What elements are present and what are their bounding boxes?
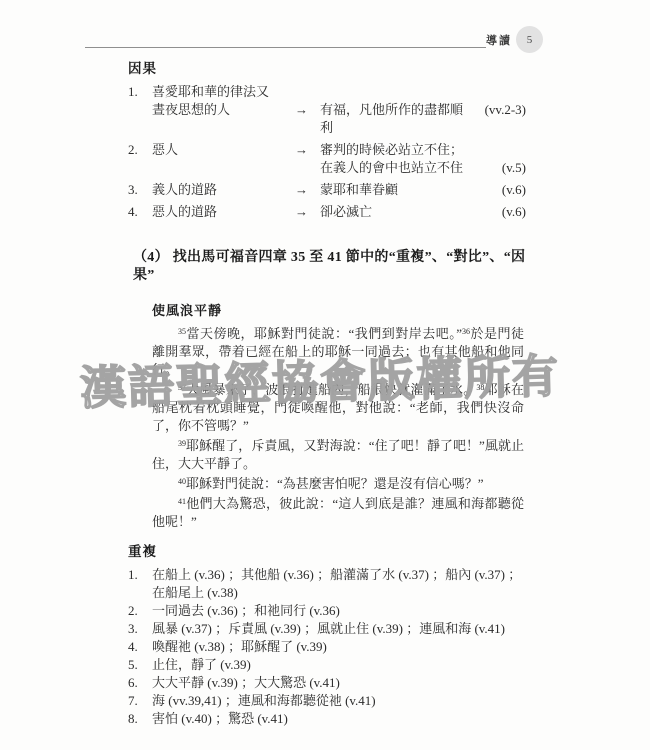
cause-effect-item: 1. 喜愛耶和華的律法又 晝夜思想的人 → 有福，凡他所作的盡都順利 (vv.2… — [128, 83, 526, 137]
item-text: 一同過去 (v.36) ；和祂同行 (v.36) — [152, 602, 526, 620]
cause-effect-item: 3. 義人的道路 → 蒙耶和華眷顧 (v.6) — [128, 181, 526, 199]
cause-effect-line: 晝夜思想的人 → 有福，凡他所作的盡都順利 (vv.2-3) — [128, 101, 526, 137]
verse-number: 35 — [178, 327, 186, 336]
item-number: 1. — [128, 83, 152, 101]
arrow-icon: → — [295, 181, 320, 199]
verse-text: 大風暴來了，波浪打進船內，船很快就灌滿了水。 — [186, 382, 476, 397]
page-number: 5 — [527, 34, 533, 46]
cause-effect-section: 因果 1. 喜愛耶和華的律法又 晝夜思想的人 → 有福，凡他所作的盡都順利 (v… — [128, 60, 526, 221]
item-text: 大大平靜 (v.39) ；大大驚恐 (v.41) — [152, 674, 526, 692]
item-number: 2. — [128, 602, 152, 620]
cause-effect-item: 2. 惡人 → 審判的時候必站立不住； 在義人的會中也站立不住 (v.5) — [128, 141, 526, 177]
verse-number: 41 — [178, 497, 186, 506]
item-number: 5. — [128, 656, 152, 674]
arrow-icon: → — [295, 101, 320, 137]
repeats-section: 重複 1. 在船上 (v.36) ；其他船 (v.36) ；船灌滿了水 (v.3… — [128, 543, 526, 728]
cause-effect-line: 3. 義人的道路 → 蒙耶和華眷顧 (v.6) — [128, 181, 526, 199]
verse-reference — [470, 83, 526, 101]
item-number: 4. — [128, 203, 152, 221]
cause-text: 喜愛耶和華的律法又 — [152, 83, 295, 101]
list-item: 7. 海 (vv.39,41) ；連風和海都聽從祂 (v.41) — [128, 692, 526, 710]
verse-reference: (v.5) — [470, 159, 526, 177]
scripture-passage: 使風浪平靜 35當天傍晚，耶穌對門徒說：“我們到對岸去吧。”36於是門徒離開羣眾… — [152, 302, 524, 531]
list-item: 2. 一同過去 (v.36) ；和祂同行 (v.36) — [128, 602, 526, 620]
verse-text: 耶穌對門徒說：“為甚麼害怕呢？還是沒有信心嗎？” — [186, 476, 484, 491]
effect-text — [320, 83, 470, 101]
exercise-heading: （4） 找出馬可福音四章 35 至 41 節中的“重複”、“對比”、“因果” — [133, 249, 526, 285]
item-text: 止住，靜了 (v.39) — [152, 656, 526, 674]
item-number — [128, 159, 152, 177]
list-item: 4. 喚醒祂 (v.38) ；耶穌醒了 (v.39) — [128, 638, 526, 656]
item-number: 7. — [128, 692, 152, 710]
item-number: 1. — [128, 566, 152, 602]
list-item: 6. 大大平靜 (v.39) ；大大驚恐 (v.41) — [128, 674, 526, 692]
verse-text: 當天傍晚，耶穌對門徒說：“我們到對岸去吧。” — [186, 326, 462, 341]
running-header-label: 導讀 — [486, 32, 512, 48]
verse-reference: (v.6) — [470, 181, 526, 199]
document-page: 導讀 5 因果 1. 喜愛耶和華的律法又 晝夜思想的人 → 有福，凡他所作的盡都 — [0, 0, 650, 750]
item-number: 2. — [128, 141, 152, 159]
list-item: 8. 害怕 (v.40) ；驚恐 (v.41) — [128, 710, 526, 728]
arrow-icon: → — [295, 141, 320, 159]
item-number: 8. — [128, 710, 152, 728]
cause-text: 惡人的道路 — [152, 203, 295, 221]
arrow-icon: → — [295, 203, 320, 221]
verse-number: 39 — [178, 439, 186, 448]
cause-effect-line: 2. 惡人 → 審判的時候必站立不住； — [128, 141, 526, 159]
passage-paragraph: 41他們大為驚恐，彼此說：“這人到底是誰？連風和海都聽從他呢！” — [152, 493, 524, 531]
cause-effect-line: 在義人的會中也站立不住 (v.5) — [128, 159, 526, 177]
page-content: 因果 1. 喜愛耶和華的律法又 晝夜思想的人 → 有福，凡他所作的盡都順利 (v… — [128, 60, 526, 728]
cause-text: 惡人 — [152, 141, 295, 159]
verse-reference: (v.6) — [470, 203, 526, 221]
repeats-heading: 重複 — [128, 543, 526, 561]
verse-number: 40 — [178, 477, 186, 486]
verse-number: 37 — [178, 383, 186, 392]
list-item: 3. 風暴 (v.37) ；斥責風 (v.39) ；風就止住 (v.39) ；連… — [128, 620, 526, 638]
cause-effect-line: 1. 喜愛耶和華的律法又 — [128, 83, 526, 101]
effect-text: 審判的時候必站立不住； — [320, 141, 470, 159]
cause-text: 義人的道路 — [152, 181, 295, 199]
verse-reference: (vv.2-3) — [470, 101, 526, 137]
item-text: 在船上 (v.36) ；其他船 (v.36) ；船灌滿了水 (v.37) ；船內… — [152, 566, 526, 602]
item-text: 風暴 (v.37) ；斥責風 (v.39) ；風就止住 (v.39) ；連風和海… — [152, 620, 526, 638]
item-number: 4. — [128, 638, 152, 656]
verse-text: 耶穌醒了，斥責風，又對海說：“住了吧！靜了吧！”風就止住，大大平靜了。 — [152, 438, 524, 471]
effect-text: 卻必滅亡 — [320, 203, 470, 221]
passage-paragraph: 35當天傍晚，耶穌對門徒說：“我們到對岸去吧。”36於是門徒離開羣眾，帶着已經在… — [152, 323, 524, 379]
item-text: 害怕 (v.40) ；驚恐 (v.41) — [152, 710, 526, 728]
header-divider-line — [85, 47, 486, 48]
cause-text — [152, 159, 295, 177]
item-number — [128, 101, 152, 137]
effect-text: 在義人的會中也站立不住 — [320, 159, 470, 177]
verse-number: 36 — [462, 327, 470, 336]
item-text: 喚醒祂 (v.38) ；耶穌醒了 (v.39) — [152, 638, 526, 656]
item-number: 3. — [128, 181, 152, 199]
effect-text: 有福，凡他所作的盡都順利 — [320, 101, 470, 137]
cause-effect-heading: 因果 — [128, 60, 526, 78]
arrow-icon — [295, 83, 320, 101]
verse-text: 他們大為驚恐，彼此說：“這人到底是誰？連風和海都聽從他呢！” — [152, 496, 524, 529]
passage-title: 使風浪平靜 — [152, 302, 524, 320]
page-number-badge: 5 — [516, 26, 543, 53]
item-number: 6. — [128, 674, 152, 692]
item-text: 海 (vv.39,41) ；連風和海都聽從祂 (v.41) — [152, 692, 526, 710]
arrow-icon — [295, 159, 320, 177]
verse-reference — [470, 141, 526, 159]
effect-text: 蒙耶和華眷顧 — [320, 181, 470, 199]
list-item: 5. 止住，靜了 (v.39) — [128, 656, 526, 674]
cause-effect-item: 4. 惡人的道路 → 卻必滅亡 (v.6) — [128, 203, 526, 221]
list-item: 1. 在船上 (v.36) ；其他船 (v.36) ；船灌滿了水 (v.37) … — [128, 566, 526, 602]
passage-paragraph: 40耶穌對門徒說：“為甚麼害怕呢？還是沒有信心嗎？” — [152, 473, 524, 493]
item-number: 3. — [128, 620, 152, 638]
cause-effect-line: 4. 惡人的道路 → 卻必滅亡 (v.6) — [128, 203, 526, 221]
cause-text: 晝夜思想的人 — [152, 101, 295, 137]
passage-paragraph: 39耶穌醒了，斥責風，又對海說：“住了吧！靜了吧！”風就止住，大大平靜了。 — [152, 435, 524, 473]
passage-paragraph: 37大風暴來了，波浪打進船內，船很快就灌滿了水。38耶穌在船尾枕着枕頭睡覺，門徒… — [152, 379, 524, 435]
